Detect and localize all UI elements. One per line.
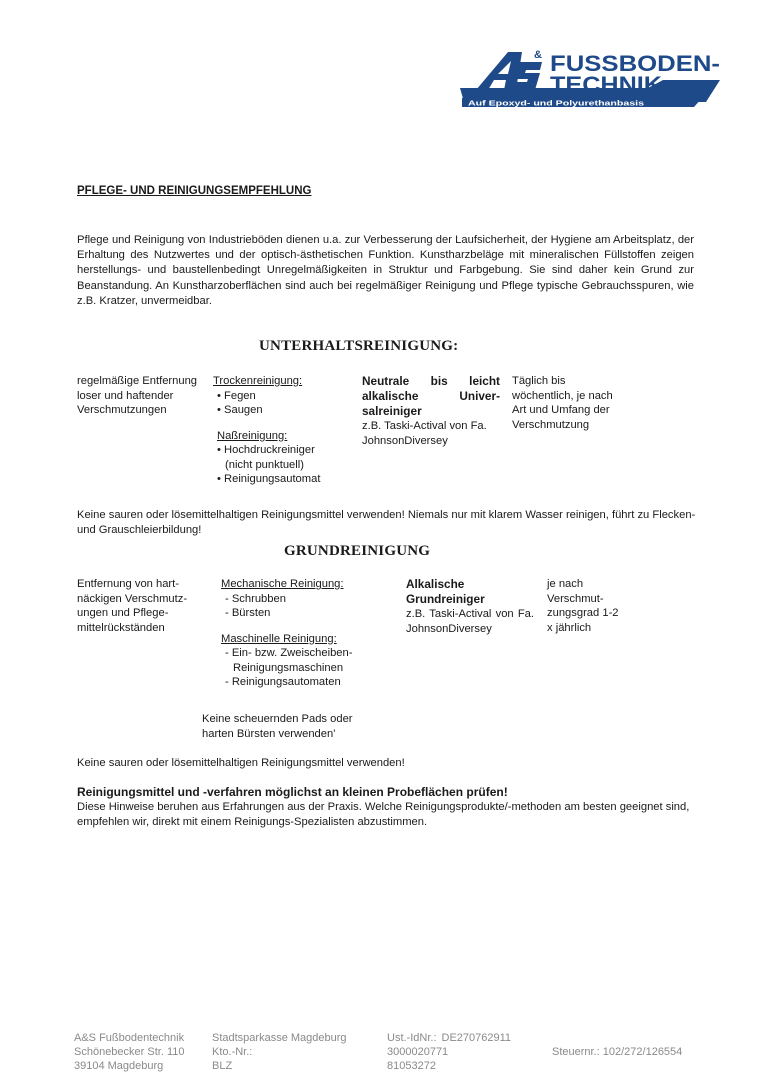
- agent-example: z.B. Taski-Actival von Fa. JohnsonDivers…: [362, 419, 500, 448]
- method-item: • Hochdruckreiniger: [213, 443, 358, 458]
- tax-value: 102/272/126554: [603, 1046, 683, 1058]
- method-item: • Saugen: [213, 403, 358, 418]
- blz-label: BLZ: [212, 1059, 347, 1073]
- svg-text:Auf Epoxyd- und Polyurethanbas: Auf Epoxyd- und Polyurethanbasis: [468, 101, 644, 108]
- account-label: Kto.-Nr.:: [212, 1045, 347, 1059]
- vat-label: Ust.-IdNr.:: [387, 1032, 437, 1044]
- method-item: - Schrubben: [221, 592, 371, 607]
- method-item: • Fegen: [213, 389, 358, 404]
- company-name: A&S Fußbodentechnik: [74, 1031, 184, 1045]
- method-item: - Reinigungsautomaten: [221, 675, 371, 690]
- pads-note: Keine scheuernden Pads oder harten Bürst…: [202, 712, 377, 741]
- method-item: (nicht punktuell): [213, 458, 358, 473]
- deep-cleaning-methods: Mechanische Reinigung: - Schrubben - Bür…: [221, 577, 371, 690]
- company-street: Schönebecker Str. 110: [74, 1045, 184, 1059]
- closing-text: Diese Hinweise beruhen aus Erfahrungen a…: [77, 800, 697, 830]
- company-logo: & FUSSBODEN- TECHNIK Auf Epoxyd- und Pol…: [458, 44, 728, 116]
- maintenance-methods: Trockenreinigung: • Fegen • Saugen Naßre…: [213, 374, 358, 487]
- footer-tax: Steuernr.: 102/272/126554: [552, 1045, 682, 1059]
- account-number: 3000020771: [387, 1045, 511, 1059]
- footer-company: A&S Fußbodentechnik Schönebecker Str. 11…: [74, 1031, 184, 1073]
- closing-emphasis: Reinigungsmittel und -verfahren möglichs…: [77, 785, 697, 800]
- method-label-machine: Maschinelle Reinigung:: [221, 633, 337, 645]
- svg-text:TECHNIK: TECHNIK: [550, 72, 662, 97]
- logo-graphic: & FUSSBODEN- TECHNIK Auf Epoxyd- und Pol…: [458, 44, 728, 116]
- maintenance-frequency: Täglich bis wöchentlich, je nach Art und…: [512, 374, 627, 432]
- footer-ids: Ust.-IdNr.:DE270762911 3000020771 810532…: [387, 1031, 511, 1073]
- method-label-mechanical: Mechanische Reinigung:: [221, 578, 344, 590]
- agent-name: Neutrale bis leicht alkalische Univer-sa…: [362, 374, 500, 419]
- tax-label: Steuernr.:: [552, 1046, 600, 1058]
- intro-paragraph: Pflege und Reinigung von Industrieböden …: [77, 233, 694, 309]
- method-label-wet: Naßreinigung:: [217, 430, 287, 442]
- section-heading-maintenance: UNTERHALTSREINIGUNG:: [259, 338, 458, 355]
- svg-text:&: &: [534, 49, 542, 61]
- vat-value: DE270762911: [442, 1032, 512, 1044]
- deep-cleaning-purpose: Entfernung von hart-näckigen Verschmutz-…: [77, 577, 197, 635]
- footer-bank: Stadtsparkasse Magdeburg Kto.-Nr.: BLZ: [212, 1031, 347, 1073]
- agent-example: z.B. Taski-Actival von Fa. JohnsonDivers…: [406, 607, 534, 636]
- maintenance-purpose: regelmäßige Entfernung loser und haftend…: [77, 374, 212, 418]
- agent-name: Alkalische Grundreiniger: [406, 577, 534, 607]
- method-item: • Reinigungsautomat: [213, 472, 358, 487]
- deep-cleaning-frequency: je nach Verschmut-zungsgrad 1-2 x jährli…: [547, 577, 627, 635]
- deep-cleaning-warning: Keine sauren oder lösemittelhaltigen Rei…: [77, 757, 405, 769]
- closing-section: Reinigungsmittel und -verfahren möglichs…: [77, 785, 697, 830]
- method-label-dry: Trockenreinigung:: [213, 375, 302, 387]
- maintenance-warning: Keine sauren oder lösemittelhaltigen Rei…: [77, 508, 697, 537]
- method-item: - Bürsten: [221, 606, 371, 621]
- deep-cleaning-agent: Alkalische Grundreiniger z.B. Taski-Acti…: [406, 577, 534, 636]
- blz-value: 81053272: [387, 1059, 511, 1073]
- method-item: - Ein- bzw. Zweischeiben-: [221, 646, 371, 661]
- document-title: PFLEGE- UND REINIGUNGSEMPFEHLUNG: [77, 185, 311, 197]
- section-heading-deep-cleaning: GRUNDREINIGUNG: [284, 543, 430, 560]
- company-city: 39104 Magdeburg: [74, 1059, 184, 1073]
- method-item: Reinigungsmaschinen: [221, 661, 371, 676]
- bank-name: Stadtsparkasse Magdeburg: [212, 1031, 347, 1045]
- maintenance-agent: Neutrale bis leicht alkalische Univer-sa…: [362, 374, 500, 448]
